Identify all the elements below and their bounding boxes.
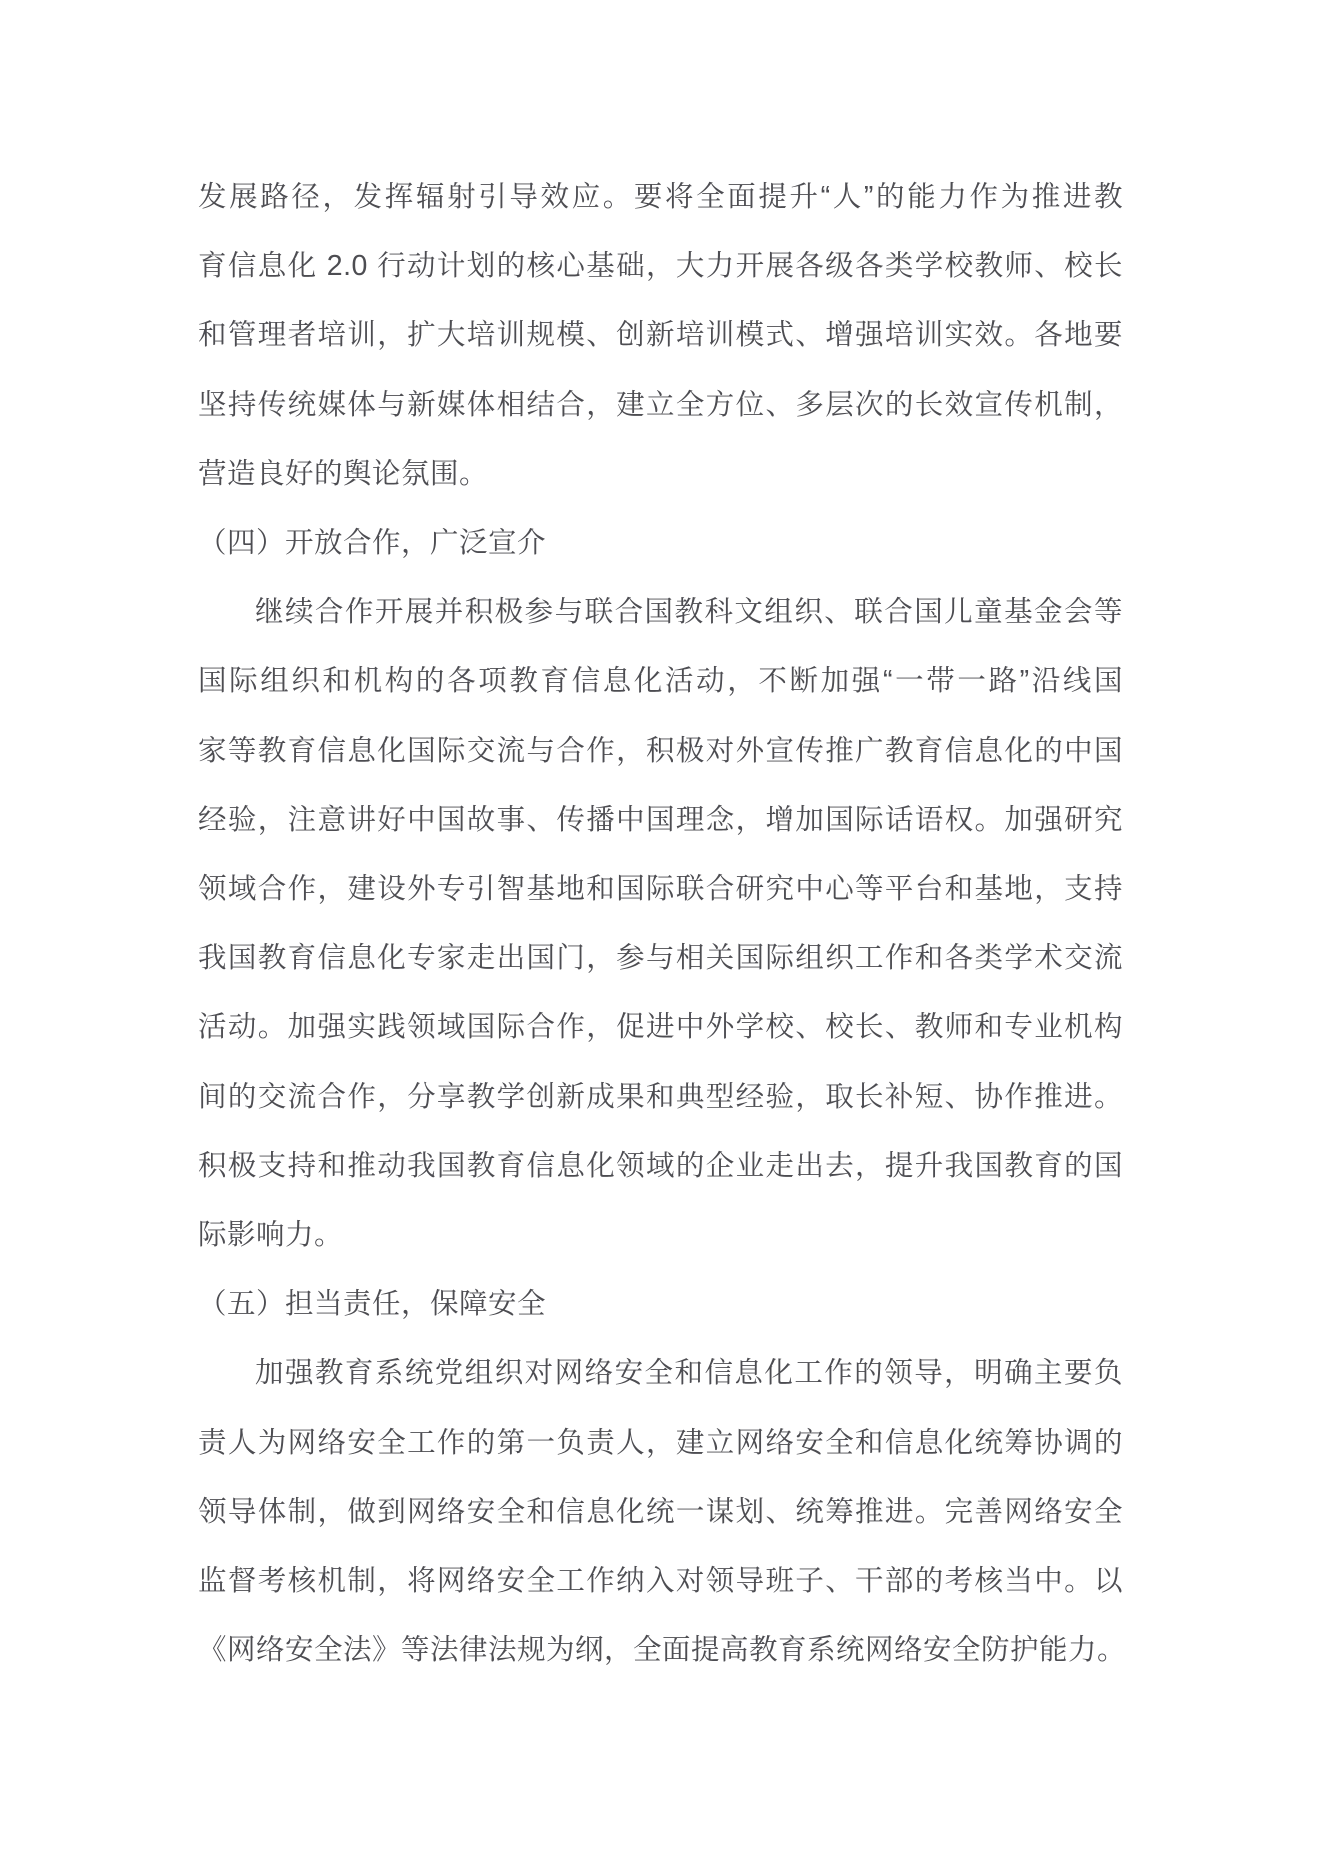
text-line: 加强教育系统党组织对网络安全和信息化工作的领导，明确主要负 bbox=[198, 1339, 1123, 1408]
section-heading: （四）开放合作，广泛宣介 bbox=[198, 509, 1123, 578]
document-text-block: 发展路径，发挥辐射引导效应。要将全面提升“人”的能力作为推进教 育信息化 2.0… bbox=[198, 163, 1123, 1685]
text-line: 领域合作，建设外专引智基地和国际联合研究中心等平台和基地，支持 bbox=[198, 855, 1123, 924]
text-line: 责人为网络安全工作的第一负责人，建立网络安全和信息化统筹协调的 bbox=[198, 1409, 1123, 1478]
text-line: 经验，注意讲好中国故事、传播中国理念，增加国际话语权。加强研究 bbox=[198, 786, 1123, 855]
text-line: 活动。加强实践领域国际合作，促进中外学校、校长、教师和专业机构 bbox=[198, 993, 1123, 1062]
text-line: 我国教育信息化专家走出国门，参与相关国际组织工作和各类学术交流 bbox=[198, 924, 1123, 993]
text-line: 《网络安全法》等法律法规为纲，全面提高教育系统网络安全防护能力。 bbox=[198, 1616, 1123, 1685]
text-line: 育信息化 2.0 行动计划的核心基础，大力开展各级各类学校教师、校长 bbox=[198, 232, 1123, 301]
text-line: 发展路径，发挥辐射引导效应。要将全面提升“人”的能力作为推进教 bbox=[198, 163, 1123, 232]
document-page: 发展路径，发挥辐射引导效应。要将全面提升“人”的能力作为推进教 育信息化 2.0… bbox=[0, 0, 1323, 1871]
text-line: 家等教育信息化国际交流与合作，积极对外宣传推广教育信息化的中国 bbox=[198, 717, 1123, 786]
text-line: 和管理者培训，扩大培训规模、创新培训模式、增强培训实效。各地要 bbox=[198, 301, 1123, 370]
text-line: 营造良好的舆论氛围。 bbox=[198, 440, 1123, 509]
text-line: 领导体制，做到网络安全和信息化统一谋划、统筹推进。完善网络安全 bbox=[198, 1478, 1123, 1547]
text-line: 国际组织和机构的各项教育信息化活动，不断加强“一带一路”沿线国 bbox=[198, 647, 1123, 716]
text-line: 监督考核机制，将网络安全工作纳入对领导班子、干部的考核当中。以 bbox=[198, 1547, 1123, 1616]
text-line: 际影响力。 bbox=[198, 1201, 1123, 1270]
section-heading: （五）担当责任，保障安全 bbox=[198, 1270, 1123, 1339]
text-line: 间的交流合作，分享教学创新成果和典型经验，取长补短、协作推进。 bbox=[198, 1063, 1123, 1132]
text-line: 积极支持和推动我国教育信息化领域的企业走出去，提升我国教育的国 bbox=[198, 1132, 1123, 1201]
text-line: 继续合作开展并积极参与联合国教科文组织、联合国儿童基金会等 bbox=[198, 578, 1123, 647]
text-line: 坚持传统媒体与新媒体相结合，建立全方位、多层次的长效宣传机制， bbox=[198, 371, 1123, 440]
